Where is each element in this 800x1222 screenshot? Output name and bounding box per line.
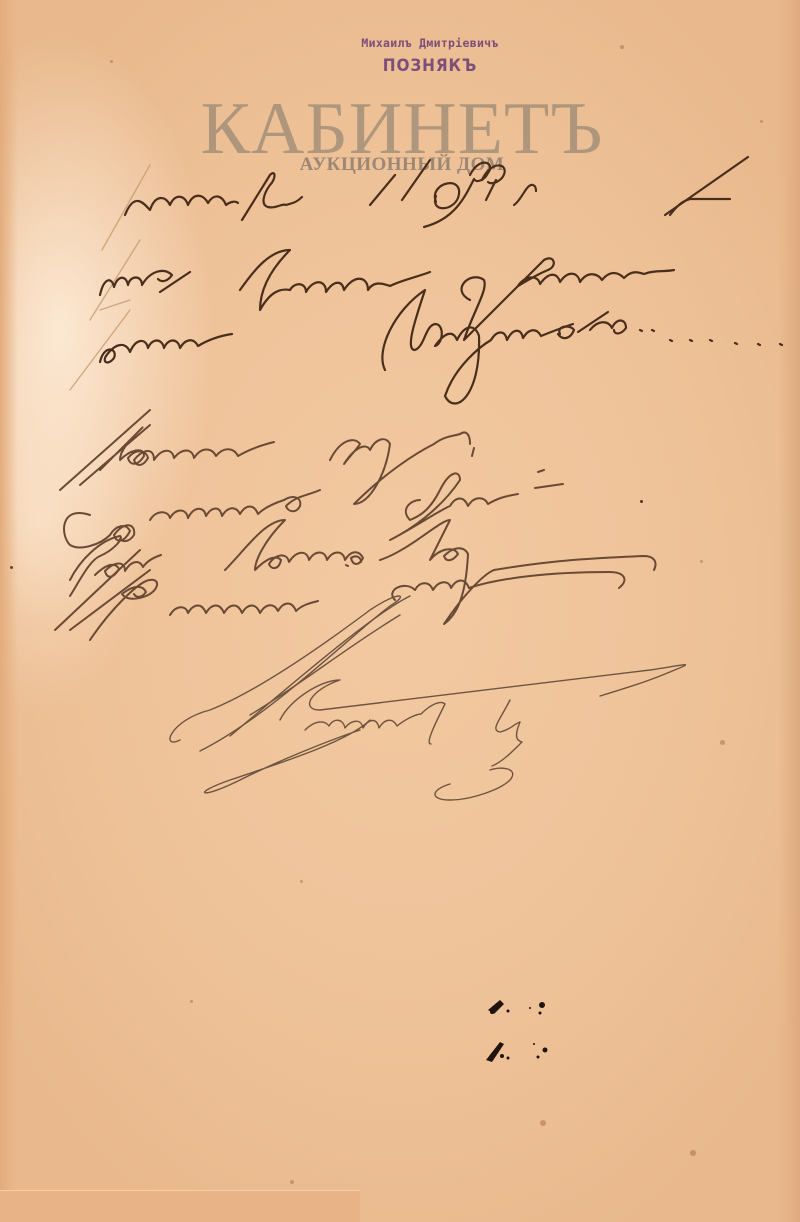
verse-line-1 — [60, 410, 474, 504]
ink-blots — [486, 1000, 548, 1062]
prose-line-3 — [100, 290, 782, 404]
verse-line-2 — [64, 470, 563, 547]
manuscript-page: Михаилъ Дмитріевичъ ПОЗНЯКЪ КАБИНЕТЪ АУК… — [0, 0, 800, 1222]
prose-line-1 — [125, 157, 748, 227]
signature — [170, 596, 685, 800]
handwriting-ink — [0, 0, 800, 1222]
prose-line-1-text: Умолк в 1899 г. в — [0, 0, 1, 1]
